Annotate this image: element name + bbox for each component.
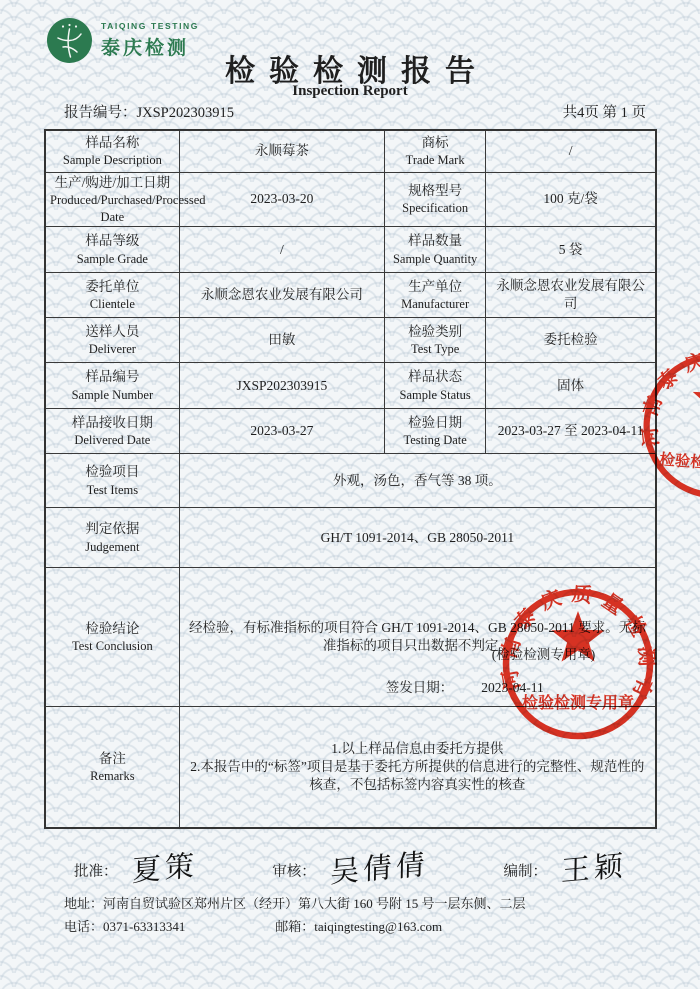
report-title-en: Inspection Report [0, 83, 700, 100]
table-row: 样品编号Sample Number JXSP202303915 样品状态Samp… [45, 363, 656, 409]
seal-star [691, 373, 700, 425]
value-sample-status: 固体 [486, 363, 656, 409]
label-produced-date: 生产/购进/加工日期Produced/Purchased/Processed D… [45, 172, 179, 227]
label-sample-description: 样品名称Sample Description [45, 130, 179, 172]
edge-company-seal-icon: 河南泰庆质量检测有限公司 检验检测专用章 [632, 342, 700, 511]
label-sample-grade: 样品等级Sample Grade [45, 227, 179, 273]
label-delivered-date: 样品接收日期Delivered Date [45, 409, 179, 454]
logo-text-en: TAIQING TESTING [101, 21, 199, 31]
value-manufacturer: 永顺念恩农业发展有限公司 [486, 273, 656, 318]
table-row: 样品等级Sample Grade / 样品数量Sample Quantity 5… [45, 227, 656, 273]
label-test-items: 检验项目Test Items [45, 454, 179, 508]
review-signature-name: 吴倩倩 [330, 842, 429, 892]
label-remarks: 备注Remarks [45, 707, 179, 828]
value-sample-quantity: 5 袋 [486, 227, 656, 273]
report-meta-row: 报告编号：JXSP202303915 共4页 第 1 页 [64, 101, 646, 122]
table-row: 样品名称Sample Description 永顺莓茶 商标Trade Mark… [45, 130, 656, 172]
value-delivered-date: 2023-03-27 [179, 409, 384, 454]
prepare-signature-name: 王颖 [561, 843, 627, 890]
value-sample-number: JXSP202303915 [179, 363, 384, 409]
label-clientele: 委托单位Clientele [45, 273, 179, 318]
remarks-line-2: 2.本报告中的“标签”项目是基于委托方所提供的信息进行的完整性、规范性的核查，不… [184, 758, 651, 794]
label-sample-status: 样品状态Sample Status [385, 363, 486, 409]
review-label: 审核： [272, 860, 316, 881]
seal-star [551, 611, 604, 662]
signature-row: 批准： 夏策 审核： 吴倩倩 编制： 王颖 [44, 846, 657, 887]
footer-contacts: 电话：0371-63313341 邮箱：taiqingtesting@163.c… [64, 920, 526, 933]
label-testing-date: 检验日期Testing Date [385, 409, 486, 454]
table-row: 委托单位Clientele 永顺念恩农业发展有限公司 生产单位Manufactu… [45, 273, 656, 318]
label-test-type: 检验类别Test Type [385, 318, 486, 363]
company-seal-icon: 河南泰庆质量检测有限公司 检验检测专用章 [496, 582, 660, 746]
issue-date-label: 签发日期： [386, 680, 454, 695]
company-seal: 河南泰庆质量检测有限公司 检验检测专用章 [496, 582, 660, 746]
preparer-signature: 编制： 王颖 [503, 846, 627, 887]
value-deliverer: 田敏 [179, 318, 384, 363]
footer-phone: 电话：0371-63313341 [64, 920, 272, 933]
label-deliverer: 送样人员Deliverer [45, 318, 179, 363]
label-sample-quantity: 样品数量Sample Quantity [385, 227, 486, 273]
label-specification: 规格型号Specification [385, 172, 486, 227]
edge-company-seal: 河南泰庆质量检测有限公司 检验检测专用章 [632, 342, 700, 511]
value-specification: 100 克/袋 [486, 172, 656, 227]
label-test-conclusion: 检验结论Test Conclusion [45, 568, 179, 707]
label-manufacturer: 生产单位Manufacturer [385, 273, 486, 318]
reviewer-signature: 审核： 吴倩倩 [272, 846, 429, 887]
label-trade-mark: 商标Trade Mark [385, 130, 486, 172]
value-sample-description: 永顺莓茶 [179, 130, 384, 172]
table-row: 判定依据Judgement GH/T 1091-2014、GB 28050-20… [45, 508, 656, 568]
table-row: 检验项目Test Items 外观，汤色，香气等 38 项。 [45, 454, 656, 508]
value-testing-date: 2023-03-27 至 2023-04-11 [486, 409, 656, 454]
value-judgement: GH/T 1091-2014、GB 28050-2011 [179, 508, 656, 568]
svg-text:检验检测专用章: 检验检测专用章 [522, 693, 634, 712]
value-clientele: 永顺念恩农业发展有限公司 [179, 273, 384, 318]
table-row: 送样人员Deliverer 田敏 检验类别Test Type 委托检验 [45, 318, 656, 363]
table-row: 生产/购进/加工日期Produced/Purchased/Processed D… [45, 172, 656, 227]
value-sample-grade: / [179, 227, 384, 273]
footer: 地址：河南自贸试验区郑州片区（经开）第八大街 160 号附 15 号一层东侧、二… [64, 897, 526, 943]
label-judgement: 判定依据Judgement [45, 508, 179, 568]
inspection-report-page: TAIQING TESTING 泰庆检测 检验检测报告 Inspection R… [0, 0, 700, 989]
page-info: 共4页 第 1 页 [563, 101, 646, 122]
value-produced-date: 2023-03-20 [179, 172, 384, 227]
footer-address: 地址：河南自贸试验区郑州片区（经开）第八大街 160 号附 15 号一层东侧、二… [64, 897, 526, 910]
footer-email: 邮箱：taiqingtesting@163.com [275, 919, 442, 934]
prepare-label: 编制： [503, 860, 547, 881]
approve-signature-name: 夏策 [131, 843, 197, 890]
value-test-type: 委托检验 [486, 318, 656, 363]
value-trade-mark: / [486, 130, 656, 172]
approver-signature: 批准： 夏策 [74, 846, 198, 887]
report-number-value: JXSP202303915 [137, 105, 235, 121]
label-sample-number: 样品编号Sample Number [45, 363, 179, 409]
value-test-items: 外观，汤色，香气等 38 项。 [179, 454, 656, 508]
report-number: 报告编号：JXSP202303915 [64, 101, 234, 122]
report-number-label: 报告编号： [64, 105, 137, 121]
approve-label: 批准： [74, 860, 118, 881]
table-row: 样品接收日期Delivered Date 2023-03-27 检验日期Test… [45, 409, 656, 454]
